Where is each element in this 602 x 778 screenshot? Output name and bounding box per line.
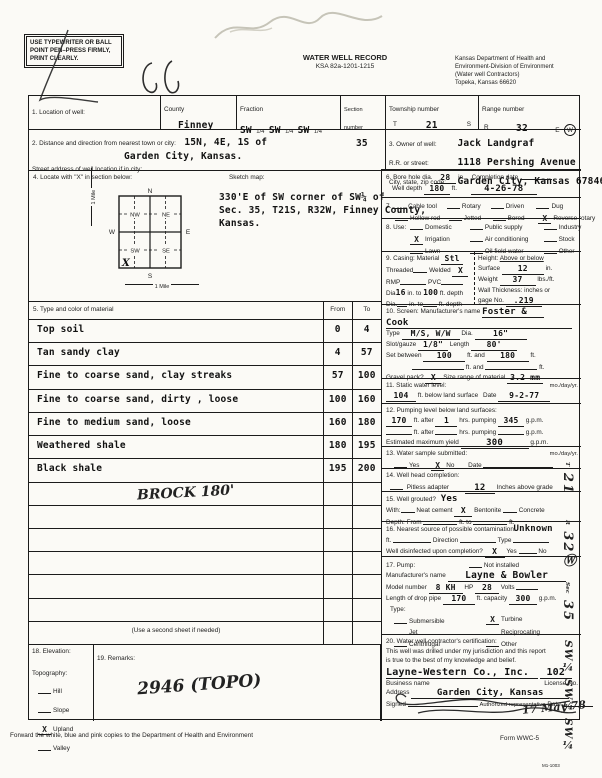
pumping-level-section: 12. Pumping level below land surfaces: 1… [381, 403, 581, 446]
forward-copies-note: Forward the white, blue and pink copies … [10, 731, 253, 741]
material-row-handwritten: BROCK 180' [29, 483, 381, 506]
casing-section: 9. Casing: Material Stl Threaded Welded … [381, 251, 581, 304]
material-name: Black shale [29, 459, 324, 481]
pvc-label: PVC [428, 279, 441, 286]
set2-ft-and: ft. and [466, 364, 484, 371]
screen-type-label: Type [386, 330, 400, 337]
screen-section: 10. Screen: Manufacturer's name Foster &… [381, 304, 581, 378]
depth1-value: 100 [423, 288, 438, 297]
material-row-empty [29, 506, 381, 529]
section-locator-diagram: N S W E NW NE SW SE X [105, 184, 197, 284]
owner-street: 1118 Pershing Avenue [457, 157, 575, 168]
handwritten-note: BROCK 180' [137, 482, 235, 503]
mile-scale-left: 1 Mile [91, 168, 97, 226]
print-code: M1-1003 [542, 763, 560, 768]
fraction-cell: Fraction SW 1/4 SW 1/4 SW 1/4 [237, 96, 341, 130]
screen-type-value: M/S, W/W [411, 329, 451, 338]
irrigation-checkbox: X [410, 236, 423, 245]
compass-w: W [109, 229, 116, 236]
material-from: 160 [324, 413, 353, 435]
material-name: Weathered shale [29, 436, 324, 458]
weight-value: 37 [513, 275, 523, 284]
material-from: 180 [324, 436, 353, 458]
static-level-label: 11. Static water level: [386, 381, 446, 391]
submersible-checkbox [394, 615, 407, 624]
welded-label: Welded [429, 267, 451, 274]
county-cell: County Finney [161, 96, 237, 130]
material-from: 57 [324, 366, 353, 388]
material-name: Fine to coarse sand, dirty , loose [29, 390, 324, 412]
pump-label: 17. Pump: [386, 562, 415, 569]
distance-value-1: 15N, 4E, 1S of [184, 137, 267, 148]
material-row-empty [29, 575, 381, 598]
set-from-value: 100 [437, 351, 452, 360]
quadrant-sw: SW [130, 249, 140, 255]
contamination-direction: Direction [433, 537, 458, 544]
air-conditioning-checkbox [470, 233, 483, 242]
sample-date-format: mo./day/yr. [550, 449, 578, 459]
owner-label: 3. Owner of well: [389, 140, 453, 150]
capacity-label: ft. capacity [477, 595, 508, 602]
pump-type-label: Type: [390, 605, 578, 615]
below-surface-label: ft. below land surface [418, 392, 478, 399]
set-between-label: Set between [386, 352, 422, 359]
pumping2-hrs-label: hrs. pumping [459, 429, 496, 436]
material-row: Fine to coarse sand, dirty , loose 100 1… [29, 390, 381, 413]
estimated-yield-gpm: g.p.m. [530, 439, 548, 446]
agency-line: (Water well Contractors) [455, 71, 595, 79]
fraction-label: Fraction [240, 106, 263, 113]
hp-label: HP [464, 584, 473, 591]
material-row-empty [29, 529, 381, 552]
agency-line: Topeka, Kansas 66620 [455, 79, 595, 87]
material-to: 100 [353, 366, 382, 388]
grouted-section: 15. Well grouted? Yes With: Neat cement … [381, 491, 581, 521]
compass-n: N [148, 188, 153, 195]
sketch-map-label: Sketch map: [229, 173, 265, 183]
pumping-level-label: 12. Pumping level below land surfaces: [386, 406, 578, 416]
remarks-handwritten: 2946 (TOPO) [137, 663, 378, 700]
elevation-label: 18. Elevation: [32, 647, 91, 657]
material-name: Fine to coarse sand, clay streaks [29, 366, 324, 388]
material-to: 4 [353, 320, 382, 342]
static-level-value: 104 [393, 391, 408, 400]
surface-unit: in. [546, 265, 553, 272]
weight-unit: lbs./ft. [537, 276, 554, 283]
stock-label: Stock [559, 236, 575, 243]
handwritten-loops-scrawl [138, 55, 198, 100]
page-title: WATER WELL RECORD [255, 53, 435, 62]
slope-label: Slope [53, 707, 69, 714]
screen-label: 10. Screen: [386, 308, 419, 315]
cable-tool-checkbox [393, 200, 406, 209]
screen-mfr-value-1: Foster & [482, 307, 527, 317]
weight-label: Weight [478, 276, 498, 283]
height-label: Height: [478, 255, 498, 262]
well-head-label: 14. Well head completion: [386, 471, 578, 481]
static-date-format: mo./day/yr. [550, 381, 578, 391]
driven-checkbox [491, 200, 504, 209]
disinfected-mark: X [492, 547, 497, 556]
disinfected-no: No [538, 548, 546, 555]
pitless-checkbox [390, 481, 403, 490]
driven-label: Driven [506, 203, 524, 210]
mile-left-label: 1 Mile [91, 190, 97, 205]
contamination-value: Unknown [513, 524, 552, 534]
bore-dia-value: 28 [440, 173, 450, 182]
certification-section: 20. Water well contractor's certificatio… [381, 634, 581, 721]
mile-scale-bottom: 1 Mile [107, 284, 217, 290]
water-sample-section: 13. Water sample submitted: mo./day/yr. … [381, 446, 581, 468]
material-row-empty [29, 599, 381, 622]
dia1-into: in. to [407, 290, 421, 297]
completion-date-label: Completion date [472, 174, 519, 181]
material-row: Tan sandy clay 4 57 [29, 343, 381, 366]
material-to: 195 [353, 436, 382, 458]
set-to-value: 180 [500, 351, 515, 360]
material-from: 195 [324, 459, 353, 481]
pumping-ft-value: 170 [391, 416, 406, 425]
cable-tool-label: Cable tool [408, 203, 437, 210]
surface-value: 12 [518, 264, 528, 273]
contamination-label: 16. Nearest source of possible contamina… [386, 526, 516, 533]
use-section: 8. Use: Domestic Public supply Industry … [381, 218, 581, 251]
township-cell: Township number T 21 S [386, 96, 479, 130]
material-row: Top soil 0 4 [29, 320, 381, 343]
well-depth-label: Well depth [392, 185, 422, 192]
margin-sec-label: Sec [564, 582, 570, 593]
grouted-label: 15. Well grouted? [386, 496, 436, 503]
margin-section-value: 35 [560, 600, 575, 622]
certification-label: 20. Water well contractor's certificatio… [386, 637, 578, 647]
slot-label: Slot/gauze [386, 341, 416, 348]
air-conditioning-label: Air conditioning [485, 236, 529, 243]
static-date-value: 9-2-77 [509, 391, 539, 400]
material-from: 4 [324, 343, 353, 365]
rmp-label: RMP [386, 279, 400, 286]
threaded-label: Threaded [386, 267, 413, 274]
casing-material-value: Stl [445, 254, 460, 263]
location-label: 1. Location of well: [32, 108, 85, 118]
margin-township-value: 21 [560, 473, 575, 495]
materials-header: 5. Type and color of material [29, 302, 324, 319]
set2-ft: ft. [539, 364, 544, 371]
use-label: 8. Use: [386, 224, 406, 231]
county-label: County [164, 106, 184, 113]
faint-handwriting-scrawl [210, 8, 390, 48]
material-to: 57 [353, 343, 382, 365]
quadrant-nw: NW [130, 213, 140, 219]
turbine-checkbox: X [486, 616, 499, 625]
casing-label: 9. Casing: [386, 255, 415, 262]
gage-label: gage No. [478, 297, 504, 304]
well-depth-ft: ft. [452, 185, 457, 192]
business-name-value: Layne-Western Co., Inc. [386, 667, 529, 678]
pump-mfr-value: Layne & Bowler [465, 570, 548, 581]
estimated-yield-label: Estimated maximum yield [386, 439, 459, 446]
bentonite-mark: X [461, 506, 466, 515]
screen-mfr-value-2: Cook [386, 318, 408, 328]
quadrant-se: SE [162, 249, 170, 255]
material-footer-row: (Use a second sheet if needed) [29, 622, 381, 644]
valley-checkbox [38, 742, 51, 751]
contamination-type: Type [498, 537, 512, 544]
to-header: To [353, 302, 382, 319]
margin-note-township: T 21 [560, 462, 574, 495]
pump-mfr-label: Manufacturer's name [386, 572, 446, 579]
bore-hole-section: 6. Bore hole dia. 28 in. Completion date… [381, 169, 581, 197]
second-sheet-note: (Use a second sheet if needed) [29, 622, 324, 644]
height-options: Above or below [500, 255, 544, 262]
drop-pipe-value: 170 [451, 594, 466, 603]
bore-in-label: in. [458, 174, 465, 181]
not-installed-checkbox [469, 559, 482, 568]
agency-line: Environment-Division of Environment [455, 63, 595, 71]
material-row: Weathered shale 180 195 [29, 436, 381, 459]
slot-value: 1/8" [423, 340, 443, 349]
dia1-label: Dia [386, 290, 396, 297]
turbine-label: Turbine [501, 616, 522, 623]
material-name: Top soil [29, 320, 324, 342]
rotary-checkbox [447, 200, 460, 209]
disinfected-label: Well disinfected upon completion? [386, 548, 483, 555]
stock-checkbox [544, 233, 557, 242]
pitless-label: Pitless adapter [407, 484, 449, 491]
contamination-ft: ft. [386, 537, 391, 544]
material-from: 100 [324, 390, 353, 412]
certification-line1: This well was drilled under my jurisdict… [386, 647, 578, 657]
pumping-after-label: ft. after [414, 417, 434, 424]
section-cell: Section number 35 [341, 96, 386, 130]
bentonite-label: Bentonite [474, 507, 501, 514]
agency-line: Kansas Department of Health and [455, 55, 595, 63]
locate-label: 4. Locate with "X" in section below: [33, 173, 132, 183]
well-head-section: 14. Well head completion: Pitless adapte… [381, 468, 581, 491]
sample-yes-checkbox [394, 459, 407, 468]
not-installed-label: Not installed [484, 562, 519, 569]
margin-r-label: R [564, 520, 570, 525]
rotary-label: Rotary [462, 203, 481, 210]
screen-mfr-label: Manufacturer's name [420, 308, 480, 315]
owner-name: Jack Landgraf [457, 138, 534, 149]
well-depth-value: 180 [429, 184, 444, 193]
remarks-section: 19. Remarks: 2946 (TOPO) [94, 644, 381, 721]
elevation-section: 18. Elevation: Topography: Hill Slope XU… [29, 644, 94, 721]
dug-checkbox [536, 200, 549, 209]
material-to: 160 [353, 390, 382, 412]
margin-fractions-value: SW¼ SW¼ SW¼ [562, 640, 574, 752]
static-date-label: Date [483, 392, 497, 399]
agency-block: Kansas Department of Health and Environm… [455, 55, 595, 87]
topography-label: Topography: [32, 669, 91, 679]
inches-above-label: Inches above grade [497, 484, 553, 491]
valley-label: Valley [53, 745, 70, 752]
material-row-empty [29, 552, 381, 575]
pumping2-gpm-label: g.p.m. [526, 429, 544, 436]
owner-cell: 3. Owner of well: Jack Landgraf R.R. or … [386, 130, 581, 171]
capacity-value: 300 [515, 594, 530, 603]
industry-checkbox [544, 221, 557, 230]
capacity-gpm: g.p.m. [539, 595, 557, 602]
distance-value-2: Garden City, Kansas. [124, 151, 382, 162]
margin-note-section: Sec 35 [560, 582, 574, 622]
screen-dia-label: Dia. [461, 330, 472, 337]
material-name: Fine to medium sand, loose [29, 413, 324, 435]
completion-date-value: 4-26-78 [484, 184, 523, 194]
welded-mark: X [458, 266, 463, 275]
slope-checkbox [38, 704, 51, 713]
certification-line2: is true to the best of my knowledge and … [386, 656, 578, 666]
title-block: WATER WELL RECORD KSA 82a-1201-1215 [255, 53, 435, 70]
section-label: Section number [344, 107, 363, 131]
compass-e: E [186, 229, 191, 236]
model-label: Model number [386, 584, 427, 591]
pumping-hrs-value: 1 [444, 416, 449, 425]
margin-note-fractions: SW¼ SW¼ SW¼ [562, 640, 574, 752]
materials-table: 5. Type and color of material From To To… [29, 301, 381, 644]
model-value: 8 KH [436, 583, 456, 592]
hp-value: 28 [482, 583, 492, 592]
grouted-value: Yes [441, 494, 458, 504]
location-label-cell: 1. Location of well: [29, 96, 161, 130]
remarks-label: 19. Remarks: [97, 655, 135, 662]
compass-s: S [148, 273, 153, 280]
range-cell: Range number R 32 E W [479, 96, 581, 130]
mile-bottom-label: 1 Mile [155, 284, 170, 290]
material-to: 180 [353, 413, 382, 435]
margin-t-label: T [564, 462, 570, 466]
dia1-value: 16 [396, 288, 406, 297]
distance-label: 2. Distance and direction from nearest t… [32, 140, 176, 147]
pumping2-after-label: ft. after [414, 429, 434, 436]
well-location-x-mark: X [121, 258, 131, 269]
casing-material-label: Material [417, 255, 440, 262]
pumping-gpm-value: 345 [503, 416, 518, 425]
submersible-label: Submersible [409, 618, 445, 625]
distance-cell: 2. Distance and direction from nearest t… [29, 130, 386, 171]
material-from: 0 [324, 320, 353, 342]
material-to: 200 [353, 459, 382, 481]
surface-label: Surface [478, 265, 500, 272]
length-value: 80' [487, 340, 502, 349]
drop-pipe-label: Length of drop pipe [386, 595, 441, 602]
drill-method-section: 7. Cable tool Rotary Driven Dug Hollow r… [381, 197, 581, 218]
material-name: Tan sandy clay [29, 343, 324, 365]
margin-range-value: 32Ⓦ [560, 531, 575, 568]
pumping-gpm-label: g.p.m. [526, 417, 544, 424]
industry-label: Industry [559, 224, 582, 231]
water-sample-label: 13. Water sample submitted: [386, 449, 467, 459]
hill-label: Hill [53, 688, 62, 695]
hill-checkbox [38, 685, 51, 694]
public-supply-checkbox [470, 221, 483, 230]
screen-dia-value: 16" [493, 329, 508, 338]
concrete-label: Concrete [519, 507, 545, 514]
volts-label: Volts [501, 584, 515, 591]
bore-dia-label: 6. Bore hole dia. [386, 174, 433, 181]
irrigation-label: Irrigation [425, 236, 450, 243]
set-ft: ft. [530, 352, 535, 359]
water-well-record-scan: USE TYPEWRITER OR BALL POINT PEN–PRESS F… [0, 0, 602, 778]
owner-street-label: R.R. or street: [389, 159, 453, 169]
contamination-section: 16. Nearest source of possible contamina… [381, 521, 581, 556]
pumping-hrs-label: hrs. pumping [459, 417, 496, 424]
range-label: Range number [482, 106, 524, 113]
material-row: Fine to coarse sand, clay streaks 57 100 [29, 366, 381, 389]
dug-label: Dug [551, 203, 563, 210]
pump-section: 17. Pump: Not installed Manufacturer's n… [381, 556, 581, 634]
locate-section: 4. Locate with "X" in section below: Ske… [29, 171, 381, 301]
domestic-label: Domestic [425, 224, 452, 231]
dia1-ftdepth: ft. depth [440, 290, 463, 297]
method-number: 7. [386, 203, 391, 210]
statute-ref: KSA 82a-1201-1215 [255, 63, 435, 70]
static-level-section: 11. Static water level: mo./day/yr. 104 … [381, 378, 581, 403]
grout-with-label: With: [386, 507, 401, 514]
township-label: Township number [389, 106, 439, 113]
public-supply-label: Public supply [485, 224, 523, 231]
form-number: Form WWC-5 [500, 734, 539, 744]
quadrant-ne: NE [162, 213, 170, 219]
margin-note-range: R 32Ⓦ [560, 520, 574, 568]
material-row: Fine to medium sand, loose 160 180 [29, 413, 381, 436]
disinfected-yes: Yes [506, 548, 516, 555]
domestic-checkbox [410, 221, 423, 230]
form-frame: 1. Location of well: County Finney Fract… [28, 95, 580, 720]
material-row: Black shale 195 200 [29, 459, 381, 482]
from-header: From [324, 302, 353, 319]
length-label: Length [450, 341, 470, 348]
wall-thickness-label: Wall Thickness: inches or [478, 286, 581, 296]
set-ft-and: ft. and [467, 352, 485, 359]
neat-cement-label: Neat cement [416, 507, 452, 514]
